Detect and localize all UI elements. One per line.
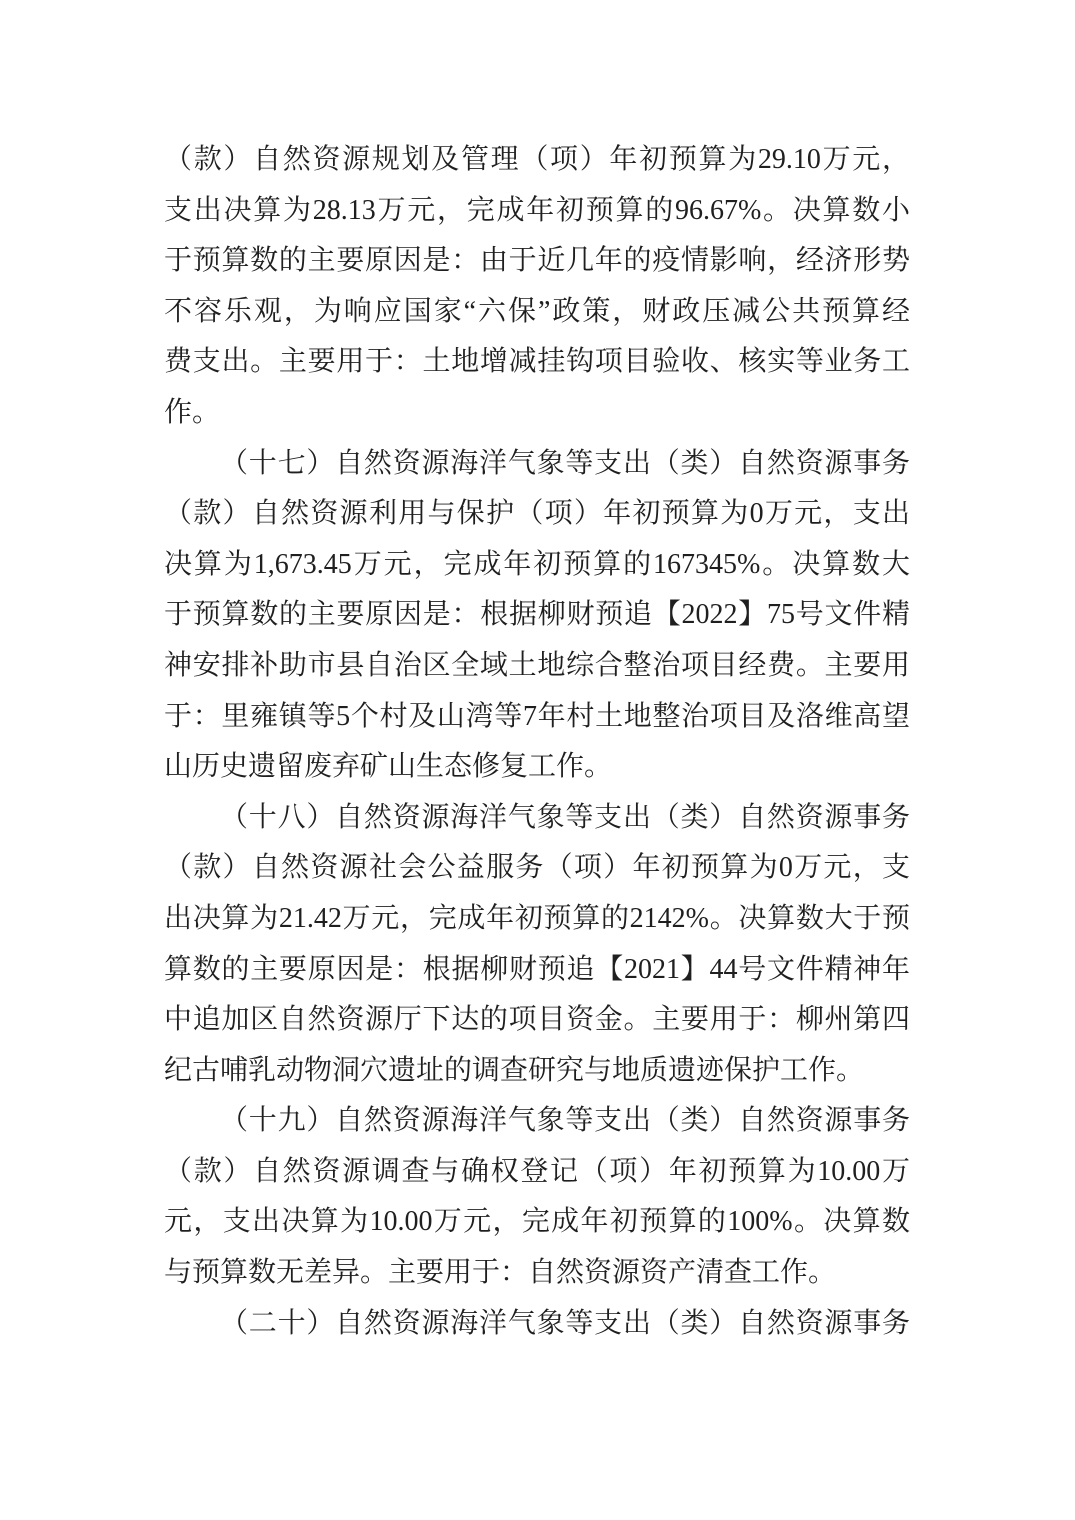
text-line: 作。: [164, 388, 910, 439]
paragraph: （十九）自然资源海洋气象等支出（类）自然资源事务（款）自然资源调查与确权登记（项…: [164, 1096, 910, 1298]
text-line: 纪古哺乳动物洞穴遗址的调查研究与地质遗迹保护工作。: [164, 1046, 910, 1097]
text-line: （款）自然资源规划及管理（项）年初预算为29.10万元，: [164, 135, 910, 186]
text-line: 于预算数的主要原因是：根据柳财预追【2022】75号文件精: [164, 590, 910, 641]
text-line: （十八）自然资源海洋气象等支出（类）自然资源事务: [164, 793, 910, 844]
text-line: （款）自然资源调查与确权登记（项）年初预算为10.00万: [164, 1147, 910, 1198]
text-line: 于：里雍镇等5个村及山湾等7年村土地整治项目及洛维高望: [164, 692, 910, 743]
text-line: （款）自然资源社会公益服务（项）年初预算为0万元，支: [164, 843, 910, 894]
text-line: 与预算数无差异。主要用于：自然资源资产清查工作。: [164, 1248, 910, 1299]
paragraph: （款）自然资源规划及管理（项）年初预算为29.10万元，支出决算为28.13万元…: [164, 135, 910, 439]
text-line: 不容乐观，为响应国家“六保”政策，财政压减公共预算经: [164, 287, 910, 338]
text-line: 于预算数的主要原因是：由于近几年的疫情影响，经济形势: [164, 236, 910, 287]
text-line: 元，支出决算为10.00万元，完成年初预算的100%。决算数: [164, 1197, 910, 1248]
text-line: 决算为1,673.45万元，完成年初预算的167345%。决算数大: [164, 540, 910, 591]
text-line: 中追加区自然资源厅下达的项目资金。主要用于：柳州第四: [164, 995, 910, 1046]
text-block: （款）自然资源规划及管理（项）年初预算为29.10万元，支出决算为28.13万元…: [164, 135, 910, 1349]
text-line: 支出决算为28.13万元，完成年初预算的96.67%。决算数小: [164, 186, 910, 237]
document-page: （款）自然资源规划及管理（项）年初预算为29.10万元，支出决算为28.13万元…: [0, 0, 1075, 1520]
text-line: （十七）自然资源海洋气象等支出（类）自然资源事务: [164, 439, 910, 490]
text-line: 山历史遗留废弃矿山生态修复工作。: [164, 742, 910, 793]
text-line: （款）自然资源利用与保护（项）年初预算为0万元，支出: [164, 489, 910, 540]
text-line: 出决算为21.42万元，完成年初预算的2142%。决算数大于预: [164, 894, 910, 945]
paragraph: （二十）自然资源海洋气象等支出（类）自然资源事务: [164, 1299, 910, 1350]
text-line: （十九）自然资源海洋气象等支出（类）自然资源事务: [164, 1096, 910, 1147]
text-line: 神安排补助市县自治区全域土地综合整治项目经费。主要用: [164, 641, 910, 692]
paragraph: （十八）自然资源海洋气象等支出（类）自然资源事务（款）自然资源社会公益服务（项）…: [164, 793, 910, 1097]
paragraph: （十七）自然资源海洋气象等支出（类）自然资源事务（款）自然资源利用与保护（项）年…: [164, 439, 910, 793]
text-line: 算数的主要原因是：根据柳财预追【2021】44号文件精神年: [164, 945, 910, 996]
text-line: （二十）自然资源海洋气象等支出（类）自然资源事务: [164, 1299, 910, 1350]
text-line: 费支出。主要用于：土地增减挂钩项目验收、核实等业务工: [164, 337, 910, 388]
